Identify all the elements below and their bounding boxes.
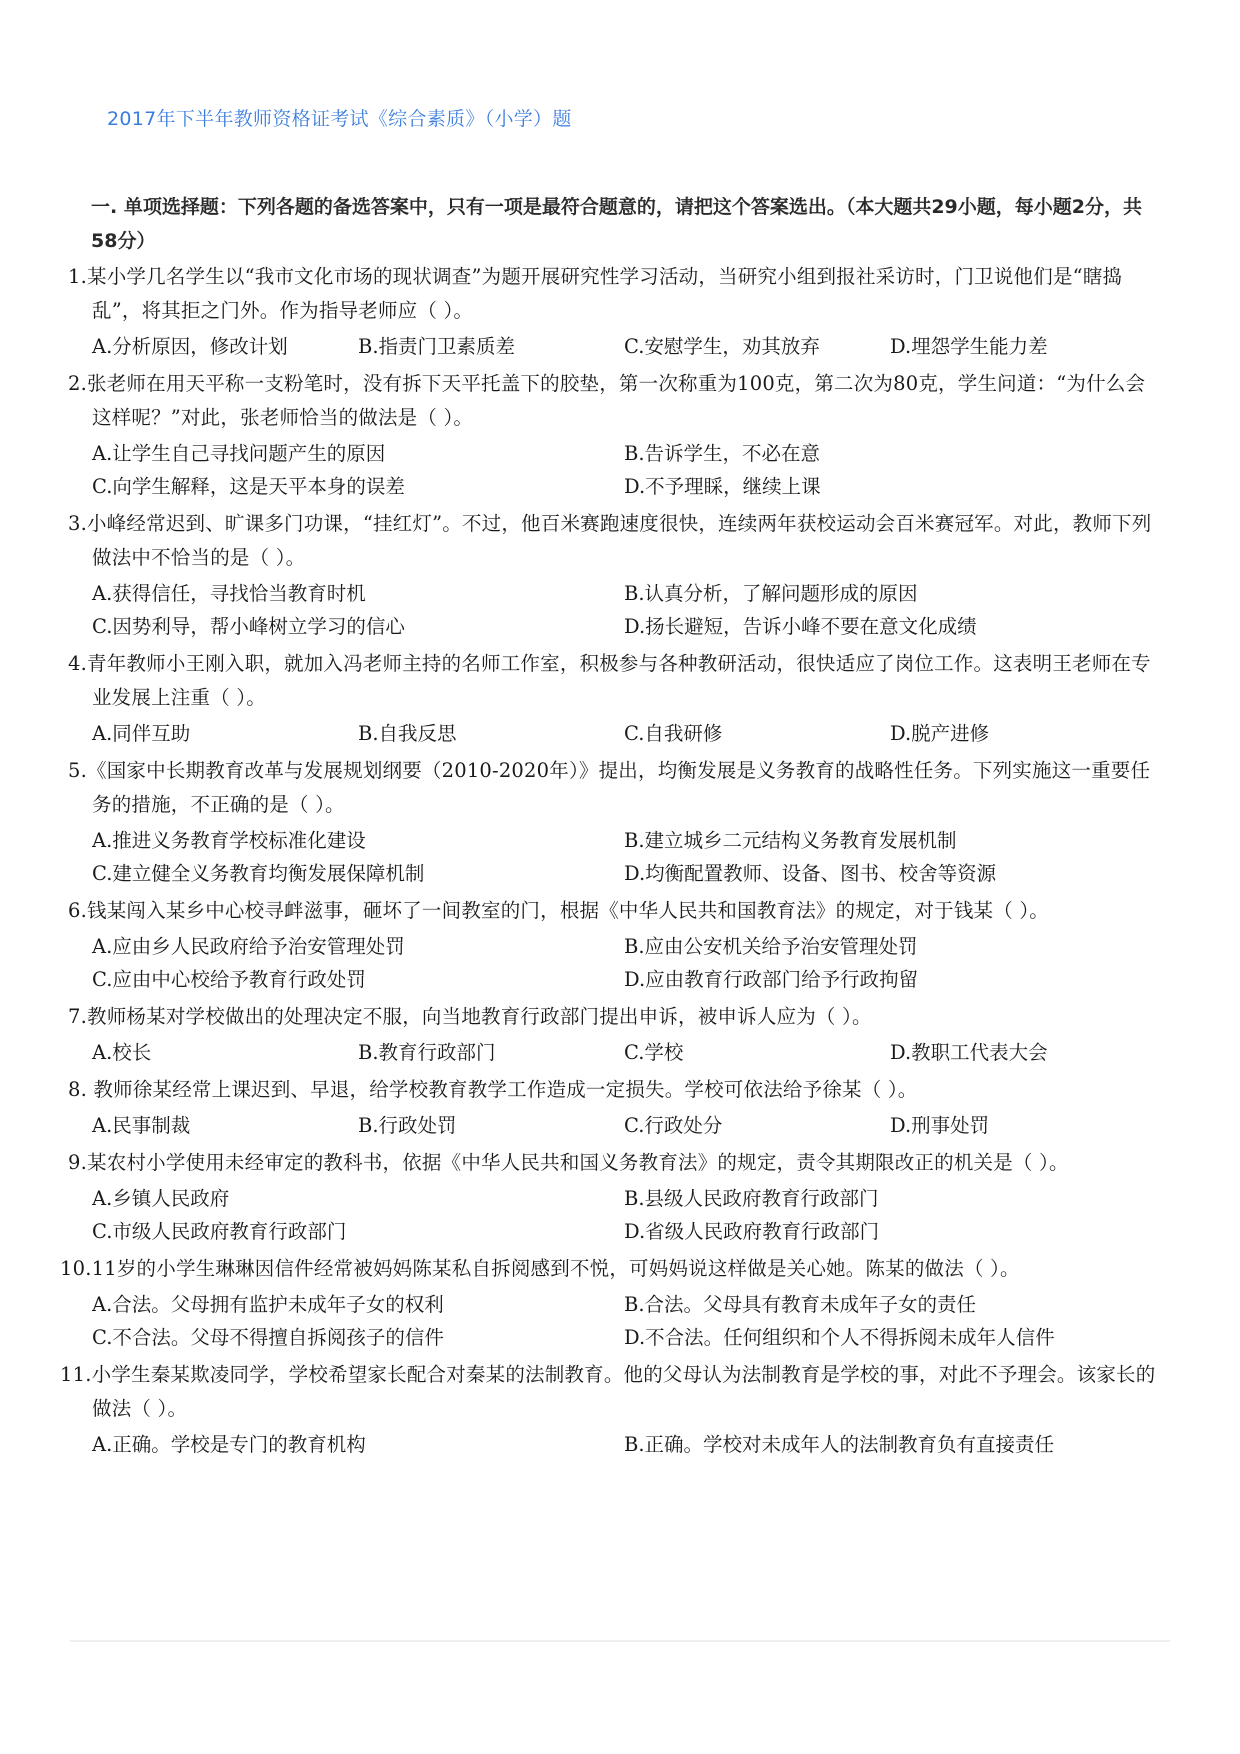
question-stem: 10.11岁的小学生琳琳因信件经常被妈妈陈某私自拆阅感到不悦，可妈妈说这样做是关… (68, 1252, 1163, 1286)
question-2: 2.张老师在用天平称一支粉笔时，没有拆下天平托盖下的胶垫，第一次称重为100克，… (68, 367, 1163, 503)
question-number: 9. (68, 1151, 87, 1174)
question-number: 7. (68, 1005, 87, 1028)
question-stem: 9.某农村小学使用未经审定的教科书，依据《中华人民共和国义务教育法》的规定，责令… (68, 1146, 1163, 1180)
question-3: 3.小峰经常迟到、旷课多门功课，“挂红灯”。不过，他百米赛跑速度很快，连续两年获… (68, 507, 1163, 643)
option-b: B.行政处罚 (358, 1109, 624, 1142)
question-text: 教师徐某经常上课迟到、早退，给学校教育教学工作造成一定损失。学校可依法给予徐某（… (87, 1078, 917, 1101)
option-group: A.同伴互助 B.自我反思 C.自我研修 D.脱产进修 (68, 717, 1163, 750)
option-a: A.让学生自己寻找问题产生的原因 (92, 437, 624, 470)
option-d: D.不予理睬，继续上课 (624, 470, 1156, 503)
option-a: A.正确。学校是专门的教育机构 (92, 1428, 624, 1461)
question-stem: 7.教师杨某对学校做出的处理决定不服，向当地教育行政部门提出申诉，被申诉人应为（… (68, 1000, 1163, 1034)
option-a: A.获得信任，寻找恰当教育时机 (92, 577, 624, 610)
option-c: C.行政处分 (624, 1109, 890, 1142)
question-text: 某农村小学使用未经审定的教科书，依据《中华人民共和国义务教育法》的规定，责令其期… (87, 1151, 1069, 1174)
question-stem: 8. 教师徐某经常上课迟到、早退，给学校教育教学工作造成一定损失。学校可依法给予… (68, 1073, 1163, 1107)
question-6: 6.钱某闯入某乡中心校寻衅滋事，砸坏了一间教室的门，根据《中华人民共和国教育法》… (68, 894, 1163, 996)
option-d: D.埋怨学生能力差 (890, 330, 1156, 363)
option-d: D.扬长避短，告诉小峰不要在意文化成绩 (624, 610, 1156, 643)
option-c: C.自我研修 (624, 717, 890, 750)
option-b: B.告诉学生，不必在意 (624, 437, 1156, 470)
option-c: C.因势利导，帮小峰树立学习的信心 (92, 610, 624, 643)
question-number: 1. (68, 265, 87, 288)
question-8: 8. 教师徐某经常上课迟到、早退，给学校教育教学工作造成一定损失。学校可依法给予… (68, 1073, 1163, 1142)
question-stem: 6.钱某闯入某乡中心校寻衅滋事，砸坏了一间教室的门，根据《中华人民共和国教育法》… (68, 894, 1163, 928)
question-stem: 2.张老师在用天平称一支粉笔时，没有拆下天平托盖下的胶垫，第一次称重为100克，… (68, 367, 1163, 435)
question-number: 5. (68, 759, 87, 782)
question-number: 11. (60, 1363, 92, 1386)
option-b: B.指责门卫素质差 (358, 330, 624, 363)
question-7: 7.教师杨某对学校做出的处理决定不服，向当地教育行政部门提出申诉，被申诉人应为（… (68, 1000, 1163, 1069)
question-11: 11.小学生秦某欺凌同学，学校希望家长配合对秦某的法制教育。他的父母认为法制教育… (68, 1358, 1163, 1461)
question-number: 10. (60, 1257, 92, 1280)
question-text: 青年教师小王刚入职，就加入冯老师主持的名师工作室，积极参与各种教研活动，很快适应… (87, 652, 1151, 709)
option-group: A.合法。父母拥有监护未成年子女的权利 B.合法。父母具有教育未成年子女的责任 … (68, 1288, 1163, 1354)
option-d: D.教职工代表大会 (890, 1036, 1156, 1069)
option-b: B.县级人民政府教育行政部门 (624, 1182, 1156, 1215)
question-4: 4.青年教师小王刚入职，就加入冯老师主持的名师工作室，积极参与各种教研活动，很快… (68, 647, 1163, 750)
option-group: A.乡镇人民政府 B.县级人民政府教育行政部门 C.市级人民政府教育行政部门 D… (68, 1182, 1163, 1248)
option-a: A.校长 (92, 1036, 358, 1069)
option-d: D.脱产进修 (890, 717, 1156, 750)
option-b: B.合法。父母具有教育未成年子女的责任 (624, 1288, 1156, 1321)
page-divider (70, 1640, 1170, 1642)
option-c: C.学校 (624, 1036, 890, 1069)
document-title: 2017年下半年教师资格证考试《综合素质》（小学）题 (107, 104, 572, 131)
question-stem: 3.小峰经常迟到、旷课多门功课，“挂红灯”。不过，他百米赛跑速度很快，连续两年获… (68, 507, 1163, 575)
question-text: 小峰经常迟到、旷课多门功课，“挂红灯”。不过，他百米赛跑速度很快，连续两年获校运… (87, 512, 1151, 569)
option-group: A.应由乡人民政府给予治安管理处罚 B.应由公安机关给予治安管理处罚 C.应由中… (68, 930, 1163, 996)
question-5: 5.《国家中长期教育改革与发展规划纲要（2010-2020年）》提出，均衡发展是… (68, 754, 1163, 890)
option-a: A.同伴互助 (92, 717, 358, 750)
option-c: C.应由中心校给予教育行政处罚 (92, 963, 624, 996)
question-number: 8. (68, 1078, 87, 1101)
option-a: A.推进义务教育学校标准化建设 (92, 824, 624, 857)
option-b: B.认真分析，了解问题形成的原因 (624, 577, 1156, 610)
option-group: A.校长 B.教育行政部门 C.学校 D.教职工代表大会 (68, 1036, 1163, 1069)
question-10: 10.11岁的小学生琳琳因信件经常被妈妈陈某私自拆阅感到不悦，可妈妈说这样做是关… (68, 1252, 1163, 1354)
option-group: A.让学生自己寻找问题产生的原因 B.告诉学生，不必在意 C.向学生解释，这是天… (68, 437, 1163, 503)
option-a: A.分析原因，修改计划 (92, 330, 358, 363)
option-d: D.不合法。任何组织和个人不得拆阅未成年人信件 (624, 1321, 1156, 1354)
option-group: A.获得信任，寻找恰当教育时机 B.认真分析，了解问题形成的原因 C.因势利导，… (68, 577, 1163, 643)
question-text: 教师杨某对学校做出的处理决定不服，向当地教育行政部门提出申诉，被申诉人应为（ ）… (87, 1005, 872, 1028)
question-stem: 1.某小学几名学生以“我市文化市场的现状调查”为题开展研究性学习活动，当研究小组… (68, 260, 1163, 328)
question-text: 《国家中长期教育改革与发展规划纲要（2010-2020年）》提出，均衡发展是义务… (87, 759, 1150, 816)
option-a: A.乡镇人民政府 (92, 1182, 624, 1215)
question-stem: 4.青年教师小王刚入职，就加入冯老师主持的名师工作室，积极参与各种教研活动，很快… (68, 647, 1163, 715)
question-1: 1.某小学几名学生以“我市文化市场的现状调查”为题开展研究性学习活动，当研究小组… (68, 260, 1163, 363)
option-c: C.不合法。父母不得擅自拆阅孩子的信件 (92, 1321, 624, 1354)
option-group: A.分析原因，修改计划 B.指责门卫素质差 C.安慰学生，劝其放弃 D.埋怨学生… (68, 330, 1163, 363)
option-b: B.教育行政部门 (358, 1036, 624, 1069)
option-d: D.省级人民政府教育行政部门 (624, 1215, 1156, 1248)
question-9: 9.某农村小学使用未经审定的教科书，依据《中华人民共和国义务教育法》的规定，责令… (68, 1146, 1163, 1248)
question-list: 1.某小学几名学生以“我市文化市场的现状调查”为题开展研究性学习活动，当研究小组… (68, 260, 1163, 1465)
option-c: C.市级人民政府教育行政部门 (92, 1215, 624, 1248)
option-group: A.正确。学校是专门的教育机构 B.正确。学校对未成年人的法制教育负有直接责任 (68, 1428, 1163, 1461)
section-heading: 一. 单项选择题：下列各题的备选答案中，只有一项是最符合题意的，请把这个答案选出… (91, 190, 1151, 258)
option-c: C.安慰学生，劝其放弃 (624, 330, 890, 363)
option-a: A.合法。父母拥有监护未成年子女的权利 (92, 1288, 624, 1321)
option-b: B.正确。学校对未成年人的法制教育负有直接责任 (624, 1428, 1156, 1461)
question-number: 3. (68, 512, 87, 535)
option-d: D.刑事处罚 (890, 1109, 1156, 1142)
option-c: C.向学生解释，这是天平本身的误差 (92, 470, 624, 503)
option-a: A.应由乡人民政府给予治安管理处罚 (92, 930, 624, 963)
option-group: A.推进义务教育学校标准化建设 B.建立城乡二元结构义务教育发展机制 C.建立健… (68, 824, 1163, 890)
question-number: 6. (68, 899, 87, 922)
question-text: 钱某闯入某乡中心校寻衅滋事，砸坏了一间教室的门，根据《中华人民共和国教育法》的规… (87, 899, 1049, 922)
option-b: B.应由公安机关给予治安管理处罚 (624, 930, 1156, 963)
option-group: A.民事制裁 B.行政处罚 C.行政处分 D.刑事处罚 (68, 1109, 1163, 1142)
option-d: D.均衡配置教师、设备、图书、校舍等资源 (624, 857, 1156, 890)
question-number: 4. (68, 652, 87, 675)
option-c: C.建立健全义务教育均衡发展保障机制 (92, 857, 624, 890)
option-d: D.应由教育行政部门给予行政拘留 (624, 963, 1156, 996)
option-b: B.自我反思 (358, 717, 624, 750)
question-stem: 11.小学生秦某欺凌同学，学校希望家长配合对秦某的法制教育。他的父母认为法制教育… (68, 1358, 1163, 1426)
question-text: 小学生秦某欺凌同学，学校希望家长配合对秦某的法制教育。他的父母认为法制教育是学校… (92, 1363, 1156, 1420)
question-text: 11岁的小学生琳琳因信件经常被妈妈陈某私自拆阅感到不悦，可妈妈说这样做是关心她。… (92, 1257, 1020, 1280)
option-b: B.建立城乡二元结构义务教育发展机制 (624, 824, 1156, 857)
question-text: 张老师在用天平称一支粉笔时，没有拆下天平托盖下的胶垫，第一次称重为100克，第二… (87, 372, 1145, 429)
question-stem: 5.《国家中长期教育改革与发展规划纲要（2010-2020年）》提出，均衡发展是… (68, 754, 1163, 822)
question-number: 2. (68, 372, 87, 395)
option-a: A.民事制裁 (92, 1109, 358, 1142)
question-text: 某小学几名学生以“我市文化市场的现状调查”为题开展研究性学习活动，当研究小组到报… (87, 265, 1122, 322)
